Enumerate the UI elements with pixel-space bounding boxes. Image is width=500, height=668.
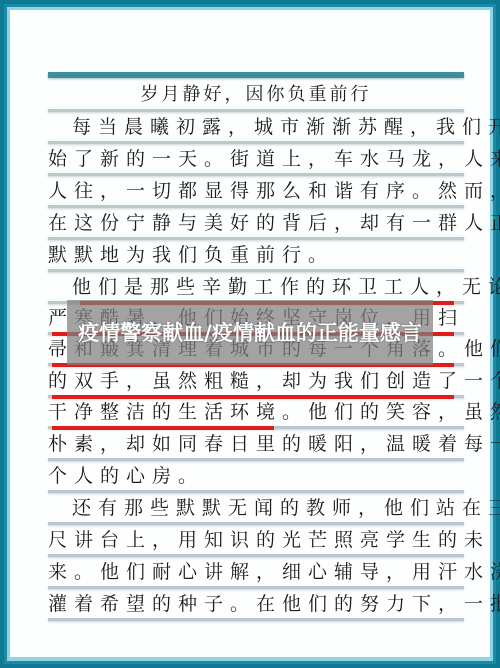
ruled-line (48, 490, 464, 493)
ruled-line (48, 237, 464, 240)
caption-text: 疫情警察献血/疫情献血的正能量感言 (75, 320, 425, 346)
title-bottom-rule (48, 109, 464, 112)
caption-overlay: 疫情警察献血/疫情献血的正能量感言 (67, 300, 433, 365)
ruled-line (48, 522, 464, 525)
ruled-line (48, 205, 464, 208)
ruled-line (48, 618, 464, 621)
red-underline (52, 395, 454, 399)
text-line: 还有那些默默无闻的教师，他们站在三 (48, 497, 464, 519)
ruled-line-highlighted (48, 395, 464, 398)
text-line: 始了新的一天。街道上，车水马龙，人来 (48, 148, 464, 170)
title-top-rule (48, 72, 464, 78)
ruled-line (48, 173, 464, 176)
text-line: 在这份宁静与美好的背后，却有一群人正 (48, 212, 464, 234)
ruled-line-highlighted (48, 426, 464, 429)
ruled-line (48, 269, 464, 272)
ruled-line (48, 554, 464, 557)
text-line: 个人的心房。 (48, 465, 464, 487)
text-line: 的双手，虽然粗糙，却为我们创造了一个 (48, 370, 464, 392)
red-underline (52, 426, 274, 430)
ruled-line (48, 458, 464, 461)
ruled-line (48, 141, 464, 144)
text-line: 干净整洁的生活环境。他们的笑容，虽然 (48, 401, 464, 423)
text-line: 来。他们耐心讲解，细心辅导，用汗水浇 (48, 561, 464, 583)
ruled-line (48, 586, 464, 589)
text-line: 每当晨曦初露，城市渐渐苏醒，我们开 (48, 116, 464, 138)
text-line: 灌着希望的种子。在他们的努力下，一批 (48, 593, 464, 615)
text-line: 人往，一切都显得那么和谐有序。然而， (48, 180, 464, 202)
text-line: 尺讲台上，用知识的光芒照亮学生的未 (48, 529, 464, 551)
text-line: 他们是那些辛勤工作的环卫工人，无论 (48, 276, 464, 298)
text-line: 朴素，却如同春日里的暖阳，温暖着每一 (48, 433, 464, 455)
document-title: 岁月静好，因你负重前行 (48, 84, 464, 106)
text-line: 默默地为我们负重前行。 (48, 244, 464, 266)
